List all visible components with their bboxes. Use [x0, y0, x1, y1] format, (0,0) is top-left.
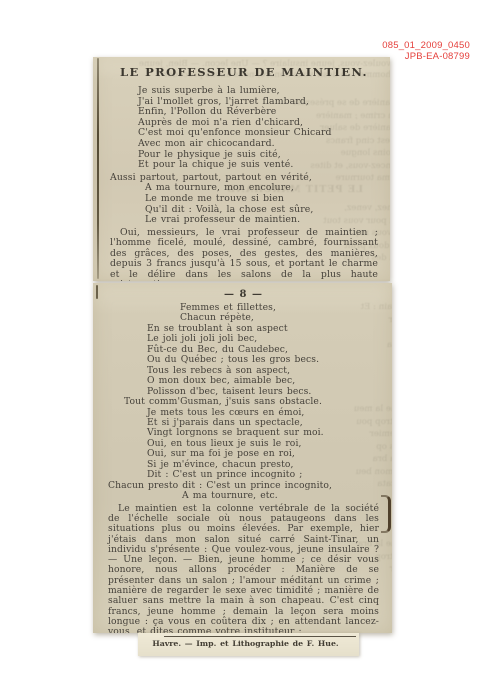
imprint-text: Havre. — Imp. et Lithographie de F. Hue.	[138, 639, 353, 648]
clipping-top: voulez-vous, jeune insulaire ? — Une leç…	[93, 57, 390, 281]
poem-line: Avec mon air chicocandard.	[138, 139, 378, 150]
poem-line: A ma tournure, etc.	[182, 491, 379, 501]
poem-line: Et pour la chique je suis venté.	[138, 160, 378, 171]
prose-paragraph: Le maintien est la colonne vertébrale de…	[108, 504, 379, 633]
imprint-rule	[164, 636, 356, 637]
clipping-bottom: Refrain : Et Tenir Et s La, la Marthe la…	[93, 283, 392, 633]
imprint-strip: Havre. — Imp. et Lithographie de F. Hue.	[138, 633, 359, 656]
page-number: — 8 —	[108, 289, 379, 300]
archive-id-line2: JPB-EA-08799	[382, 52, 470, 63]
poem-line: Le monde me trouve si bien	[145, 194, 378, 205]
archive-id-line1: 085_01_2009_0450	[382, 41, 470, 52]
poem-line: Je suis superbe à la lumière,	[138, 86, 378, 97]
archive-annotation: 085_01_2009_0450 JPB-EA-08799	[382, 41, 470, 62]
poem-line: Tout comm'Gusman, j'suis sans obstacle.	[124, 397, 379, 407]
prose-paragraph: Oui, messieurs, le vrai professeur de ma…	[110, 228, 378, 281]
poem-line: Le vrai professeur de maintien.	[145, 215, 378, 226]
poem-title: LE PROFESSEUR DE MAINTIEN.	[110, 66, 378, 79]
